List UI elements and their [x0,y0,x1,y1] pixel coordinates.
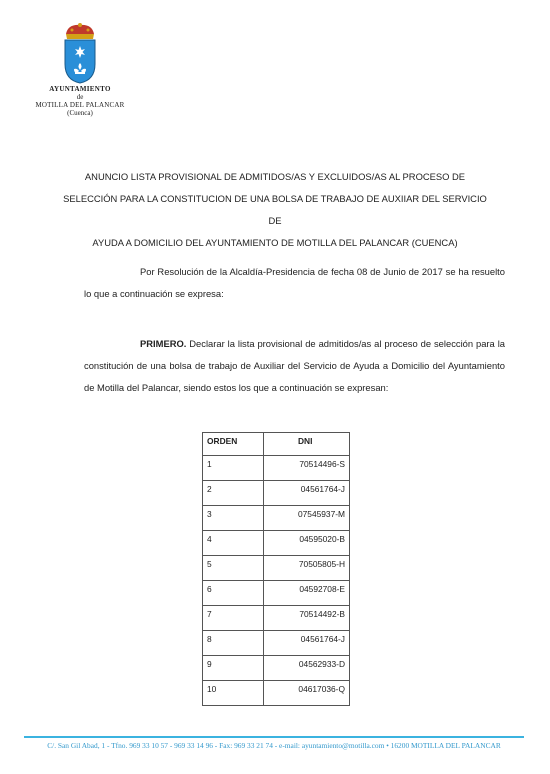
cell-orden: 4 [203,531,264,556]
table-row: 307545937-M [203,506,350,531]
title-line-1: ANUNCIO LISTA PROVISIONAL DE ADMITIDOS/A… [60,166,490,188]
cell-dni: 70505805-H [264,556,350,581]
table-row: 904562933-D [203,656,350,681]
table-row: 570505805-H [203,556,350,581]
table-row: 170514496-S [203,456,350,481]
cell-dni: 04562933-D [264,656,350,681]
primero-lead: PRIMERO. [140,338,186,349]
org-line-3: MOTILLA DEL PALANCAR [30,101,130,109]
resolution-paragraph: Por Resolución de la Alcaldía-Presidenci… [84,261,505,305]
document-title: ANUNCIO LISTA PROVISIONAL DE ADMITIDOS/A… [60,166,490,254]
cell-dni: 70514496-S [264,456,350,481]
cell-orden: 10 [203,681,264,706]
column-header-dni: DNI [264,433,350,456]
cell-orden: 6 [203,581,264,606]
title-line-2: SELECCIÓN PARA LA CONSTITUCION DE UNA BO… [60,188,490,232]
table-row: 1004617036-Q [203,681,350,706]
cell-dni: 70514492-B [264,606,350,631]
resolution-text: Por Resolución de la Alcaldía-Presidenci… [84,266,505,299]
admitted-table: ORDEN DNI 170514496-S204561764-J30754593… [202,432,350,706]
org-line-2: de [30,93,130,101]
cell-orden: 1 [203,456,264,481]
cell-orden: 7 [203,606,264,631]
cell-dni: 04595020-B [264,531,350,556]
footer-divider [24,736,524,738]
table-row: 804561764-J [203,631,350,656]
org-line-4: (Cuenca) [30,109,130,117]
cell-dni: 07545937-M [264,506,350,531]
cell-orden: 5 [203,556,264,581]
table-row: 204561764-J [203,481,350,506]
cell-orden: 2 [203,481,264,506]
cell-orden: 9 [203,656,264,681]
cell-dni: 04617036-Q [264,681,350,706]
footer-address: C/. San Gil Abad, 1 - Tfno. 969 33 10 57… [24,741,524,750]
cell-dni: 04561764-J [264,631,350,656]
table-row: 404595020-B [203,531,350,556]
cell-orden: 8 [203,631,264,656]
title-line-3: AYUDA A DOMICILIO DEL AYUNTAMIENTO DE MO… [60,232,490,254]
org-line-1: AYUNTAMIENTO [30,85,130,93]
organization-name: AYUNTAMIENTO de MOTILLA DEL PALANCAR (Cu… [30,85,130,117]
table-row: 604592708-E [203,581,350,606]
primero-paragraph: PRIMERO. Declarar la lista provisional d… [84,333,505,399]
table-row: 770514492-B [203,606,350,631]
cell-dni: 04561764-J [264,481,350,506]
coat-of-arms-icon [60,22,100,84]
column-header-orden: ORDEN [203,433,264,456]
table-header-row: ORDEN DNI [203,433,350,456]
cell-orden: 3 [203,506,264,531]
cell-dni: 04592708-E [264,581,350,606]
